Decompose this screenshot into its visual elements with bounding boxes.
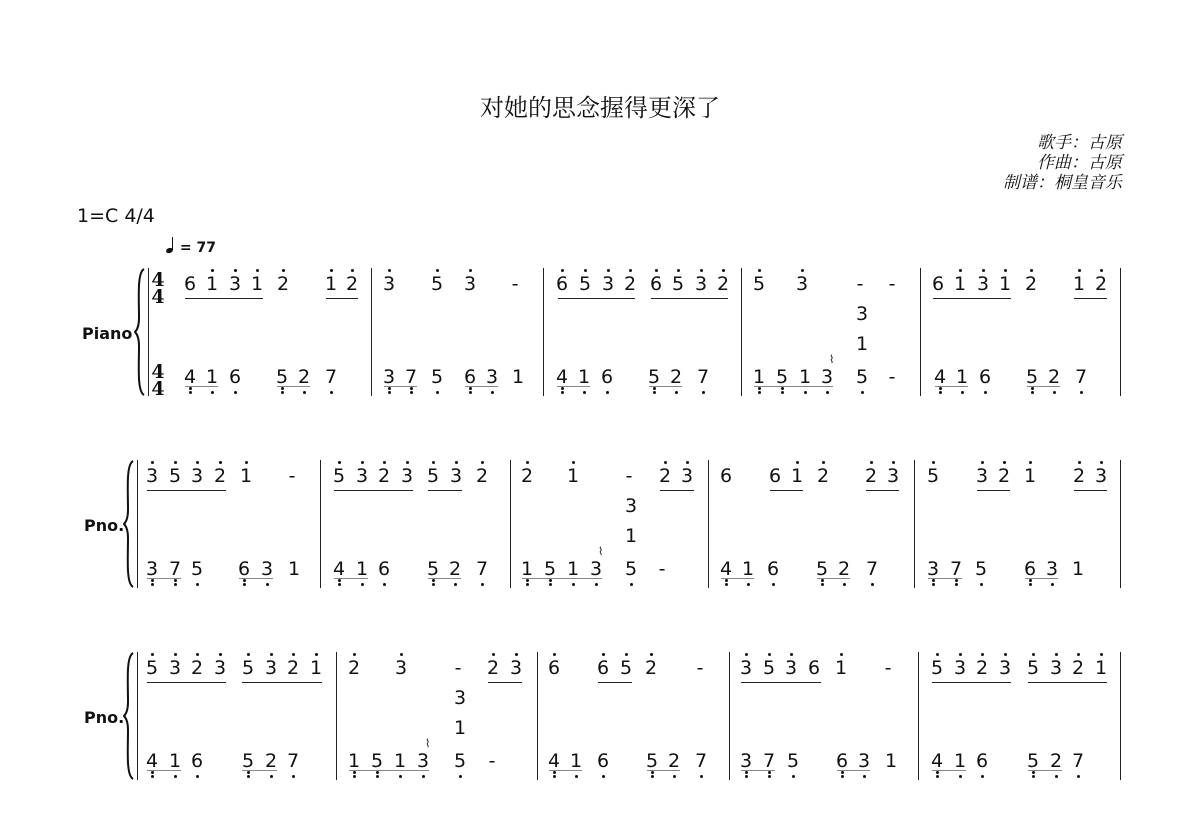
tempo-value: = 77	[180, 240, 216, 256]
octave-dot-above	[270, 653, 273, 656]
octave-dot-below	[388, 387, 391, 390]
octave-dot-above	[351, 269, 354, 272]
note-upper: 3	[264, 657, 278, 679]
octave-dot-below	[861, 391, 864, 394]
octave-dot-above	[768, 653, 771, 656]
note-lower: 2	[667, 750, 681, 772]
note-lower: 5	[1025, 366, 1039, 388]
note-lower: 4	[332, 558, 346, 580]
octave-dot-below	[1031, 391, 1034, 394]
note-upper: 2	[347, 657, 361, 679]
note-lower: 3	[485, 366, 499, 388]
octave-dot-above	[353, 653, 356, 656]
octave-dot-below	[376, 775, 379, 778]
octave-dot-below	[804, 391, 807, 394]
beam-underline	[488, 682, 522, 683]
note-lower: 1	[577, 366, 591, 388]
note-lower: 7	[696, 366, 710, 388]
octave-dot-above	[686, 461, 689, 464]
octave-dot-above	[1032, 653, 1035, 656]
note-upper: 3	[449, 465, 463, 487]
octave-dot-below	[575, 775, 578, 778]
note-lower: 4	[547, 750, 561, 772]
octave-dot-below	[330, 391, 333, 394]
octave-dot-above	[1029, 461, 1032, 464]
beam-underline	[647, 770, 680, 771]
octave-dot-below	[583, 391, 586, 394]
octave-dot-below	[630, 583, 633, 586]
octave-dot-above	[292, 653, 295, 656]
octave-dot-above	[436, 269, 439, 272]
note-lower: 6	[463, 366, 477, 388]
octave-dot-below	[725, 583, 728, 586]
note-lower: 5	[1026, 750, 1040, 772]
beam-underline	[933, 298, 1011, 299]
octave-dot-above	[1030, 269, 1033, 272]
brace-icon	[134, 268, 144, 396]
octave-dot-below	[768, 775, 771, 778]
octave-dot-below	[745, 775, 748, 778]
note-upper: 3	[953, 657, 967, 679]
octave-dot-below	[932, 583, 935, 586]
note-upper: 2	[816, 465, 830, 487]
octave-dot-below	[338, 583, 341, 586]
octave-dot-below	[281, 387, 284, 390]
octave-dot-below	[939, 387, 942, 390]
credit-composer: 作曲：古原	[1003, 153, 1122, 173]
note-lower: 5	[624, 558, 638, 580]
octave-dot-below	[292, 775, 295, 778]
note-lower: 1	[569, 750, 583, 772]
octave-dot-below	[399, 775, 402, 778]
dash-extension: -	[885, 366, 899, 388]
chord-note: 1	[453, 717, 467, 739]
octave-dot-below	[651, 775, 654, 778]
note-lower: 4	[555, 366, 569, 388]
note-upper: 3	[228, 273, 242, 295]
note-upper: 2	[1071, 657, 1085, 679]
note-lower: 5	[275, 366, 289, 388]
note-upper: 2	[1094, 273, 1108, 295]
barline	[1120, 652, 1121, 780]
note-upper: 2	[213, 465, 227, 487]
octave-dot-below	[863, 775, 866, 778]
beam-underline	[1027, 386, 1060, 387]
octave-dot-below	[211, 391, 214, 394]
barline	[320, 460, 321, 588]
octave-dot-below	[151, 775, 154, 778]
octave-dot-above	[840, 653, 843, 656]
octave-dot-below	[673, 775, 676, 778]
note-lower: 4	[930, 750, 944, 772]
beam-underline	[428, 490, 462, 491]
octave-dot-below	[1031, 387, 1034, 390]
octave-dot-below	[702, 391, 705, 394]
octave-dot-below	[376, 771, 379, 774]
note-lower: 1	[355, 558, 369, 580]
octave-dot-below	[247, 771, 250, 774]
octave-dot-above	[1004, 653, 1007, 656]
arpeggio-icon: ⌇	[425, 738, 430, 749]
note-upper: 3	[382, 273, 396, 295]
octave-dot-below	[955, 583, 958, 586]
note-lower: 7	[404, 366, 418, 388]
note-lower: 6	[377, 558, 391, 580]
octave-dot-above	[1100, 461, 1103, 464]
octave-dot-below	[602, 775, 605, 778]
note-lower: 3	[382, 366, 396, 388]
octave-dot-above	[1100, 653, 1103, 656]
note-lower: 3	[145, 558, 159, 580]
octave-dot-above	[982, 269, 985, 272]
chord-note: 3	[624, 495, 638, 517]
octave-dot-above	[455, 461, 458, 464]
score-title: 对她的思念握得更深了	[0, 88, 1200, 123]
note-lower: 5	[426, 558, 440, 580]
beam-underline	[866, 490, 899, 491]
octave-dot-above	[174, 461, 177, 464]
note-lower: 7	[1071, 750, 1085, 772]
note-upper: 3	[680, 465, 694, 487]
octave-dot-above	[1078, 269, 1081, 272]
note-lower: 4	[719, 558, 733, 580]
beam-underline	[428, 578, 461, 579]
octave-dot-below	[653, 387, 656, 390]
note-lower: 3	[1045, 558, 1059, 580]
note-lower: 7	[1074, 366, 1088, 388]
note-lower: 2	[1047, 366, 1061, 388]
octave-dot-above	[219, 461, 222, 464]
note-lower: 6	[978, 366, 992, 388]
octave-dot-above	[870, 461, 873, 464]
note-upper: 2	[486, 657, 500, 679]
octave-dot-above	[607, 269, 610, 272]
beam-underline	[334, 490, 413, 491]
note-lower: 6	[1023, 558, 1037, 580]
octave-dot-above	[245, 461, 248, 464]
beam-underline	[651, 298, 728, 299]
octave-dot-below	[1032, 771, 1035, 774]
note-upper: 1	[953, 273, 967, 295]
octave-dot-below	[936, 775, 939, 778]
octave-dot-below	[383, 583, 386, 586]
octave-dot-below	[781, 391, 784, 394]
note-upper: 5	[168, 465, 182, 487]
dash-extension: -	[853, 273, 867, 295]
note-lower: 3	[589, 558, 603, 580]
note-upper: 3	[975, 465, 989, 487]
note-lower: 3	[739, 750, 753, 772]
note-lower: 6	[237, 558, 251, 580]
note-lower: 7	[949, 558, 963, 580]
octave-dot-above	[959, 269, 962, 272]
dash-extension: -	[285, 465, 299, 487]
beam-underline	[185, 298, 263, 299]
octave-dot-above	[790, 653, 793, 656]
octave-dot-below	[984, 391, 987, 394]
note-upper: 5	[145, 657, 159, 679]
barline	[537, 652, 538, 780]
note-lower: 5	[241, 750, 255, 772]
note-upper: 2	[377, 465, 391, 487]
note-upper: 2	[864, 465, 878, 487]
octave-dot-above	[602, 653, 605, 656]
beam-underline	[242, 682, 322, 683]
octave-dot-below	[939, 391, 942, 394]
note-upper: 6	[768, 465, 782, 487]
octave-dot-below	[410, 387, 413, 390]
note-upper: 3	[601, 273, 615, 295]
note-lower: 7	[762, 750, 776, 772]
note-upper: 6	[719, 465, 733, 487]
note-lower: 5	[430, 366, 444, 388]
octave-dot-below	[1032, 775, 1035, 778]
instrument-label: Piano	[82, 324, 132, 343]
note-lower: 1	[347, 750, 361, 772]
octave-dot-below	[821, 583, 824, 586]
octave-dot-below	[410, 391, 413, 394]
dash-extension: -	[655, 558, 669, 580]
octave-dot-above	[338, 461, 341, 464]
note-upper: 2	[286, 657, 300, 679]
beam-underline	[147, 770, 181, 771]
note-lower: 6	[228, 366, 242, 388]
beam-underline	[1074, 298, 1107, 299]
note-upper: 6	[555, 273, 569, 295]
octave-dot-below	[768, 771, 771, 774]
octave-dot-below	[606, 391, 609, 394]
note-upper: 1	[566, 465, 580, 487]
note-lower: 1	[741, 558, 755, 580]
note-upper: 1	[324, 273, 338, 295]
note-upper: 1	[1023, 465, 1037, 487]
octave-dot-below	[270, 775, 273, 778]
octave-dot-above	[932, 461, 935, 464]
note-upper: 5	[241, 657, 255, 679]
octave-dot-above	[211, 269, 214, 272]
octave-dot-below	[843, 583, 846, 586]
octave-dot-above	[677, 269, 680, 272]
beam-underline	[522, 578, 602, 579]
chord-note: 1	[855, 333, 869, 355]
note-lower: 3	[260, 558, 274, 580]
note-upper: 1	[239, 465, 253, 487]
octave-dot-above	[196, 653, 199, 656]
beam-underline	[817, 578, 850, 579]
note-lower: 5	[974, 558, 988, 580]
octave-dot-above	[561, 269, 564, 272]
octave-dot-below	[758, 391, 761, 394]
octave-dot-below	[338, 579, 341, 582]
note-lower: 3	[416, 750, 430, 772]
octave-dot-above	[584, 269, 587, 272]
octave-dot-below	[436, 391, 439, 394]
octave-dot-above	[822, 461, 825, 464]
note-lower: 6	[975, 750, 989, 772]
note-upper: 3	[509, 657, 523, 679]
note-upper: 2	[475, 465, 489, 487]
note-upper: 1	[834, 657, 848, 679]
note-upper: 3	[1094, 465, 1108, 487]
octave-dot-below	[303, 391, 306, 394]
note-upper: 3	[998, 657, 1012, 679]
note-upper: 5	[426, 465, 440, 487]
chord-note: 3	[453, 687, 467, 709]
note-upper: 6	[596, 657, 610, 679]
octave-dot-above	[745, 653, 748, 656]
note-lower: 2	[669, 366, 683, 388]
dash-extension: -	[622, 465, 636, 487]
beam-underline	[326, 298, 358, 299]
beam-underline	[147, 682, 226, 683]
note-upper: 5	[762, 657, 776, 679]
note-upper: 3	[784, 657, 798, 679]
octave-dot-below	[1029, 579, 1032, 582]
note-upper: 2	[190, 657, 204, 679]
note-lower: 5	[786, 750, 800, 772]
arpeggio-icon: ⌇	[598, 546, 603, 557]
octave-dot-above	[553, 653, 556, 656]
octave-dot-below	[361, 583, 364, 586]
note-upper: 6	[649, 273, 663, 295]
barline	[708, 460, 709, 588]
octave-dot-above	[256, 269, 259, 272]
note-lower: 2	[837, 558, 851, 580]
octave-dot-below	[700, 775, 703, 778]
beam-underline	[549, 770, 582, 771]
note-lower: 6	[190, 750, 204, 772]
note-upper: 6	[807, 657, 821, 679]
octave-dot-below	[432, 579, 435, 582]
note-lower: 7	[865, 558, 879, 580]
octave-dot-below	[281, 391, 284, 394]
octave-dot-below	[459, 775, 462, 778]
key-signature: 1=C 4/4	[77, 205, 155, 227]
note-lower: 3	[926, 558, 940, 580]
note-lower: 7	[324, 366, 338, 388]
barline	[1120, 268, 1121, 396]
octave-dot-below	[841, 775, 844, 778]
octave-dot-above	[174, 653, 177, 656]
beam-underline	[334, 578, 368, 579]
octave-dot-below	[841, 771, 844, 774]
octave-dot-above	[492, 653, 495, 656]
octave-dot-below	[792, 775, 795, 778]
credit-transcriber: 制谱：桐皇音乐	[1003, 173, 1122, 193]
octave-dot-above	[406, 461, 409, 464]
note-upper: 2	[345, 273, 359, 295]
octave-dot-below	[1053, 391, 1056, 394]
note-lower: 3	[820, 366, 834, 388]
octave-dot-above	[481, 461, 484, 464]
octave-dot-below	[196, 583, 199, 586]
octave-dot-below	[955, 579, 958, 582]
note-lower: 7	[475, 558, 489, 580]
beam-underline	[837, 770, 870, 771]
octave-dot-above	[469, 269, 472, 272]
beam-underline	[1025, 578, 1058, 579]
octave-dot-below	[469, 391, 472, 394]
beam-underline	[1028, 770, 1062, 771]
chord-note: 3	[855, 303, 869, 325]
note-upper: 5	[752, 273, 766, 295]
note-upper: 1	[998, 273, 1012, 295]
barline	[371, 268, 372, 396]
note-lower: 1	[520, 558, 534, 580]
note-upper: 3	[795, 273, 809, 295]
brace-icon	[123, 652, 133, 780]
note-upper: 5	[430, 273, 444, 295]
octave-dot-below	[353, 771, 356, 774]
note-upper: 5	[578, 273, 592, 295]
arpeggio-icon: ⌇	[829, 354, 834, 365]
octave-dot-below	[826, 391, 829, 394]
octave-dot-above	[625, 653, 628, 656]
octave-dot-below	[981, 775, 984, 778]
beam-underline	[277, 386, 310, 387]
octave-dot-above	[196, 461, 199, 464]
octave-dot-above	[400, 653, 403, 656]
octave-dot-above	[432, 461, 435, 464]
octave-dot-below	[526, 583, 529, 586]
note-upper: 6	[547, 657, 561, 679]
octave-dot-above	[1100, 269, 1103, 272]
octave-dot-above	[936, 653, 939, 656]
note-upper: 2	[658, 465, 672, 487]
beam-underline	[239, 578, 273, 579]
octave-dot-above	[1003, 461, 1006, 464]
note-upper: 3	[1049, 657, 1063, 679]
octave-dot-below	[234, 391, 237, 394]
barline	[741, 268, 742, 396]
beam-underline	[741, 770, 775, 771]
octave-dot-below	[1077, 775, 1080, 778]
barline	[920, 268, 921, 396]
note-lower: 1	[953, 750, 967, 772]
dash-extension: -	[881, 657, 895, 679]
octave-dot-above	[1004, 269, 1007, 272]
barline	[543, 268, 544, 396]
octave-dot-below	[1080, 391, 1083, 394]
note-lower: 1	[205, 366, 219, 388]
octave-dot-above	[572, 461, 575, 464]
octave-dot-below	[595, 583, 598, 586]
barline	[336, 652, 337, 780]
octave-dot-below	[549, 579, 552, 582]
octave-dot-below	[871, 583, 874, 586]
note-lower: 1	[1071, 558, 1085, 580]
note-upper: 3	[168, 657, 182, 679]
octave-dot-above	[981, 461, 984, 464]
note-upper: 2	[520, 465, 534, 487]
octave-dot-above	[722, 269, 725, 272]
octave-dot-below	[725, 579, 728, 582]
note-upper: 2	[1072, 465, 1086, 487]
note-lower: 1	[511, 366, 525, 388]
octave-dot-below	[653, 391, 656, 394]
beam-underline	[349, 770, 429, 771]
dash-extension: -	[885, 273, 899, 295]
instrument-label: Pno.	[84, 708, 124, 727]
octave-dot-below	[553, 775, 556, 778]
octave-dot-below	[481, 583, 484, 586]
octave-dot-above	[1078, 461, 1081, 464]
time-signature-lower: 44	[151, 364, 165, 398]
beam-underline	[770, 490, 803, 491]
octave-dot-below	[266, 583, 269, 586]
octave-dot-above	[796, 461, 799, 464]
octave-dot-above	[1055, 653, 1058, 656]
